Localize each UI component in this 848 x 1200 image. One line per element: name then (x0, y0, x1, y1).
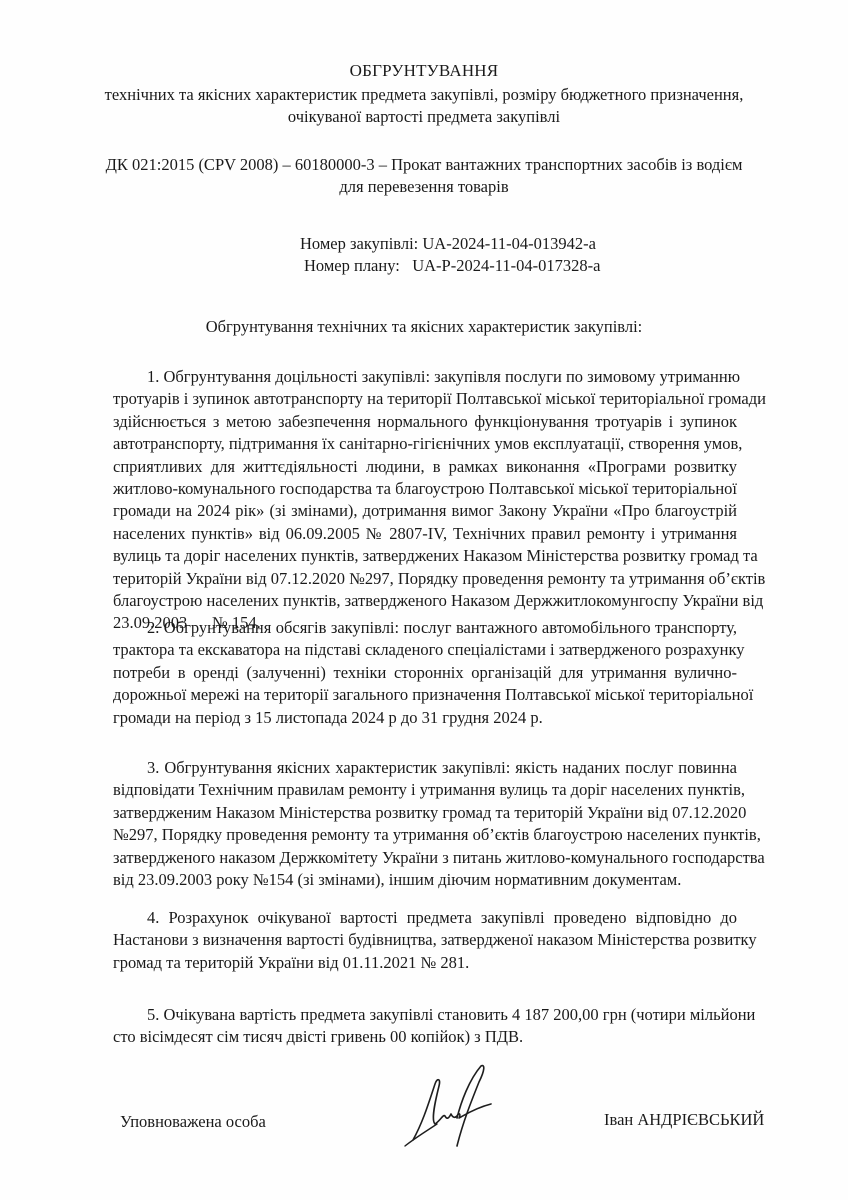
paragraph-line: від 23.09.2003 року №154 (зі змінами), і… (113, 869, 737, 891)
identifiers-block: Номер закупівлі: UA-2024-11-04-013942-a … (300, 233, 600, 277)
paragraph-line: №297, Порядку проведення ремонту та утри… (113, 824, 737, 846)
paragraph-line: затвердженого наказом Держкомітету Украї… (113, 847, 737, 869)
paragraph-line: 3. Обгрунтування якісних характеристик з… (113, 757, 737, 779)
subtitle-line: технічних та якісних характеристик предм… (0, 84, 848, 106)
document-page: ОБГРУНТУВАННЯ технічних та якісних харак… (0, 0, 848, 1200)
subtitle-line: очікуваної вартості предмета закупівлі (0, 106, 848, 128)
section-heading: Обгрунтування технічних та якісних харак… (0, 316, 848, 338)
procurement-number-row: Номер закупівлі: UA-2024-11-04-013942-a (300, 233, 600, 255)
paragraph-line: житлово-комунального господарства та бла… (113, 478, 737, 500)
paragraph-line: громади на період з 15 листопада 2024 р … (113, 707, 737, 729)
paragraph-3: 3. Обгрунтування якісних характеристик з… (113, 757, 737, 891)
paragraph-line: вулиць та доріг населених пунктів, затве… (113, 545, 737, 567)
paragraph-line: Настанови з визначення вартості будівниц… (113, 929, 737, 951)
paragraph-line: сто вісімдесят сім тисяч двісті гривень … (113, 1026, 737, 1048)
paragraph-line: 1. Обгрунтування доцільності закупівлі: … (113, 366, 737, 388)
paragraph-4: 4. Розрахунок очікуваної вартості предме… (113, 907, 737, 974)
paragraph-line: відповідати Технічним правилам ремонту і… (113, 779, 737, 801)
paragraph-line: автотранспорту, підтримання їх санітарно… (113, 433, 737, 455)
paragraph-line: сприятливих для життєдіяльності людини, … (113, 456, 737, 478)
cpv-line: для перевезення товарів (0, 176, 848, 198)
paragraph-line: населених пунктів» від 06.09.2005 № 2807… (113, 523, 737, 545)
paragraph-line: трактора та екскаватора на підставі скла… (113, 639, 737, 661)
signatory-role: Уповноважена особа (120, 1112, 266, 1132)
signatory-name: Іван АНДРІЄВСЬКИЙ (604, 1110, 764, 1130)
signature-icon (395, 1062, 505, 1150)
paragraph-line: тротуарів і зупинок автотранспорту на те… (113, 388, 737, 410)
document-title: ОБГРУНТУВАННЯ (0, 60, 848, 82)
plan-number-label: Номер плану: (304, 256, 400, 275)
paragraph-line: дорожньої мережі на території загального… (113, 684, 737, 706)
paragraph-line: громади на 2024 рік» (зі змінами), дотри… (113, 500, 737, 522)
paragraph-line: здійснюється з метою забезпечення нормал… (113, 411, 737, 433)
plan-number: UA-P-2024-11-04-017328-a (412, 256, 600, 275)
paragraph-line: 4. Розрахунок очікуваної вартості предме… (113, 907, 737, 929)
paragraph-line: затвердженим Наказом Міністерства розвит… (113, 802, 737, 824)
paragraph-line: громад та територій України від 01.11.20… (113, 952, 737, 974)
cpv-line: ДК 021:2015 (CPV 2008) – 60180000-3 – Пр… (0, 154, 848, 176)
paragraph-line: 2. Обгрунтування обсягів закупівлі: посл… (113, 617, 737, 639)
document-subtitle: технічних та якісних характеристик предм… (0, 84, 848, 128)
paragraph-line: потреби в оренді (залученні) техніки сто… (113, 662, 737, 684)
procurement-number-label: Номер закупівлі: (300, 234, 418, 253)
procurement-number: UA-2024-11-04-013942-a (422, 234, 596, 253)
paragraph-line: 5. Очікувана вартість предмета закупівлі… (113, 1004, 737, 1026)
paragraph-1: 1. Обгрунтування доцільності закупівлі: … (113, 366, 737, 635)
plan-number-row: Номер плану: UA-P-2024-11-04-017328-a (300, 255, 600, 277)
cpv-code: ДК 021:2015 (CPV 2008) – 60180000-3 – Пр… (0, 154, 848, 198)
paragraph-line: благоустрою населених пунктів, затвердже… (113, 590, 737, 612)
paragraph-2: 2. Обгрунтування обсягів закупівлі: посл… (113, 617, 737, 729)
paragraph-line: територій України від 07.12.2020 №297, П… (113, 568, 737, 590)
paragraph-5: 5. Очікувана вартість предмета закупівлі… (113, 1004, 737, 1049)
